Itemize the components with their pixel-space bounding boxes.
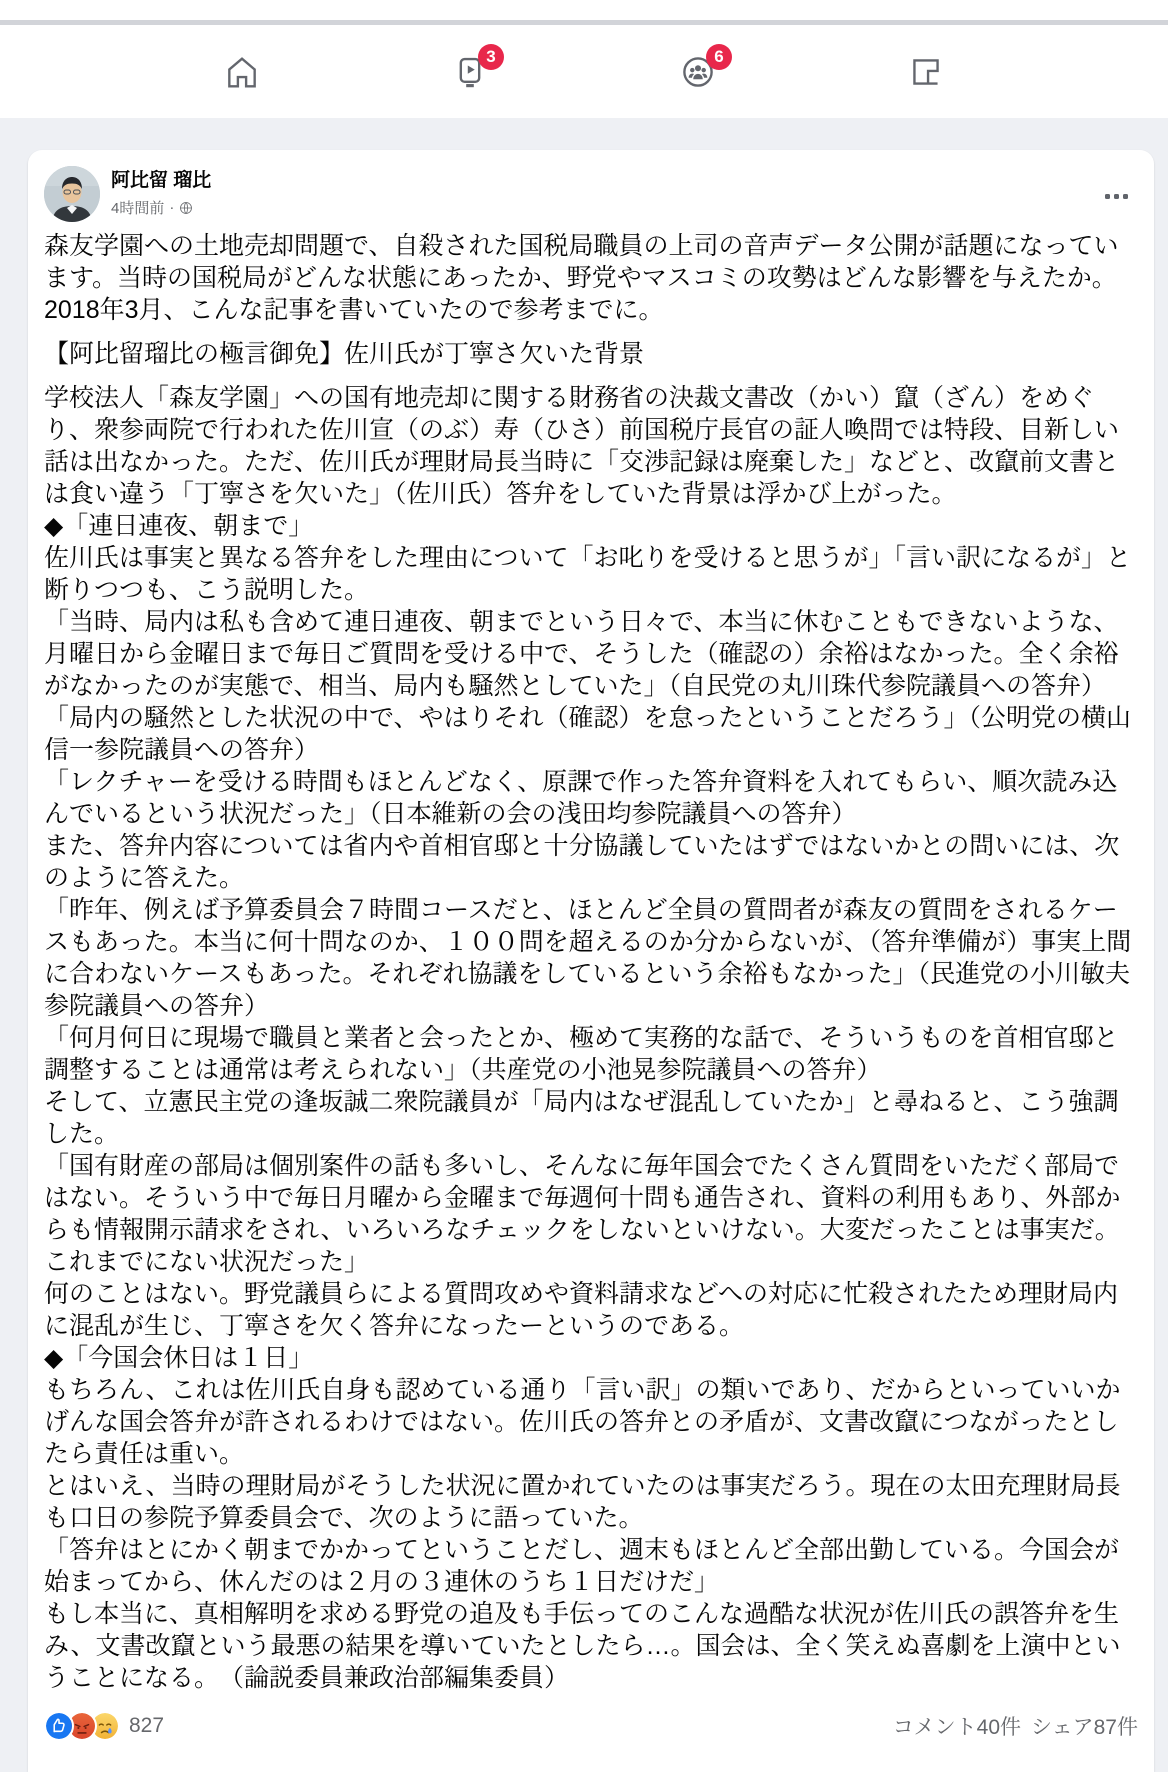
shares-count[interactable]: シェア87件 <box>1031 1711 1138 1741</box>
author-name[interactable]: 阿比留 瑠比 <box>111 169 211 193</box>
post-paragraph: ◆「連日連夜、朝まで」 <box>44 510 1138 542</box>
post-paragraph: 「当時、局内は私も含めて連日連夜、朝までという日々で、本当に休むこともできないよ… <box>44 606 1138 702</box>
post-paragraph: 何のことはない。野党議員らによる質問攻めや資料請求などへの対応に忙殺されたため理… <box>44 1278 1138 1342</box>
dot-icon <box>1105 194 1110 199</box>
post-body-text: 森友学園への土地売却問題で、自殺された国税局職員の上司の音声データ公開が話題にな… <box>44 230 1138 1694</box>
news-feed: 阿比留 瑠比 4時間前 · 森友学園への土地売却問題で、自殺された国税局職員の上… <box>0 118 1168 1772</box>
more-options-button[interactable] <box>1099 188 1134 205</box>
tab-groups[interactable]: 6 <box>584 25 812 118</box>
avatar-photo <box>44 166 100 222</box>
post-paragraph: 【阿比留瑠比の極言御免】佐川氏が丁寧さ欠いた背景 <box>44 338 1138 370</box>
post-paragraph: 佐川氏は事実と異なる答弁をした理由について「お叱りを受けると思うが」「言い訳にな… <box>44 542 1138 606</box>
post-paragraph: 「答弁はとにかく朝までかかってということだし、週末もほとんど全部出勤している。今… <box>44 1534 1138 1598</box>
tab-badge: 6 <box>706 44 732 70</box>
post-paragraph: とはいえ、当時の理財局がそうした状況に置かれていたのは事実だろう。現在の太田充理… <box>44 1470 1138 1534</box>
post-paragraph: 学校法人「森友学園」への国有地売却に関する財務省の決裁文書改（かい）竄（ざん）を… <box>44 382 1138 510</box>
post-paragraph: 「局内の騒然とした状況の中で、やはりそれ（確認）を怠ったということだろう」（公明… <box>44 702 1138 766</box>
globe-icon <box>179 201 193 215</box>
comments-count[interactable]: コメント40件 <box>893 1711 1021 1741</box>
reaction-summary[interactable]: 827 <box>44 1711 164 1741</box>
footer-counts: コメント40件 シェア87件 <box>893 1711 1138 1741</box>
browser-top-strip <box>0 0 1168 20</box>
post-paragraph: ◆「今国会休日は１日」 <box>44 1342 1138 1374</box>
dot-icon <box>1114 194 1119 199</box>
post-card: 阿比留 瑠比 4時間前 · 森友学園への土地売却問題で、自殺された国税局職員の上… <box>28 150 1154 1772</box>
tab-watch[interactable]: 3 <box>356 25 584 118</box>
home-icon <box>223 53 261 91</box>
post-paragraph: もちろん、これは佐川氏自身も認めている通り「言い訳」の類いであり、だからといって… <box>44 1374 1138 1470</box>
post-paragraph: 「何月何日に現場で職員と業者と会ったとか、極めて実務的な話で、そういうものを首相… <box>44 1022 1138 1086</box>
timestamp[interactable]: 4時間前 <box>111 197 164 218</box>
tab-home[interactable] <box>128 25 356 118</box>
post-paragraph: また、答弁内容については省内や首相官邸と十分協議していたはずではないかとの問いに… <box>44 830 1138 894</box>
post-paragraph: 「国有財産の部局は個別案件の話も多いし、そんなに毎年国会でたくさん質問をいただく… <box>44 1150 1138 1278</box>
meta-separator: · <box>169 199 174 216</box>
tab-badge: 3 <box>478 44 504 70</box>
post-meta: 4時間前 · <box>111 197 211 218</box>
post-paragraph: もし本当に、真相解明を求める野党の追及も手伝ってのこんな過酷な状況が佐川氏の誤答… <box>44 1598 1138 1694</box>
facebook-tab-bar: 3 6 <box>0 25 1168 118</box>
post-paragraph: 森友学園への土地売却問題で、自殺された国税局職員の上司の音声データ公開が話題にな… <box>44 230 1138 326</box>
like-reaction-icon <box>44 1711 74 1741</box>
tab-gaming[interactable] <box>812 25 1040 118</box>
post-paragraph: 「昨年、例えば予算委員会７時間コースだと、ほとんど全員の質問者が森友の質問をされ… <box>44 894 1138 1022</box>
gaming-icon <box>907 53 945 91</box>
avatar[interactable] <box>44 166 100 222</box>
post-header: 阿比留 瑠比 4時間前 · <box>44 166 1138 222</box>
post-paragraph: 「レクチャーを受ける時間もほとんどなく、原課で作った答弁資料を入れてもらい、順次… <box>44 766 1138 830</box>
reaction-count: 827 <box>129 1714 164 1738</box>
post-footer: 827 コメント40件 シェア87件 <box>44 1704 1138 1748</box>
dot-icon <box>1123 194 1128 199</box>
post-paragraph: そして、立憲民主党の逢坂誠二衆院議員が「局内はなぜ混乱していたか」と尋ねると、こ… <box>44 1086 1138 1150</box>
